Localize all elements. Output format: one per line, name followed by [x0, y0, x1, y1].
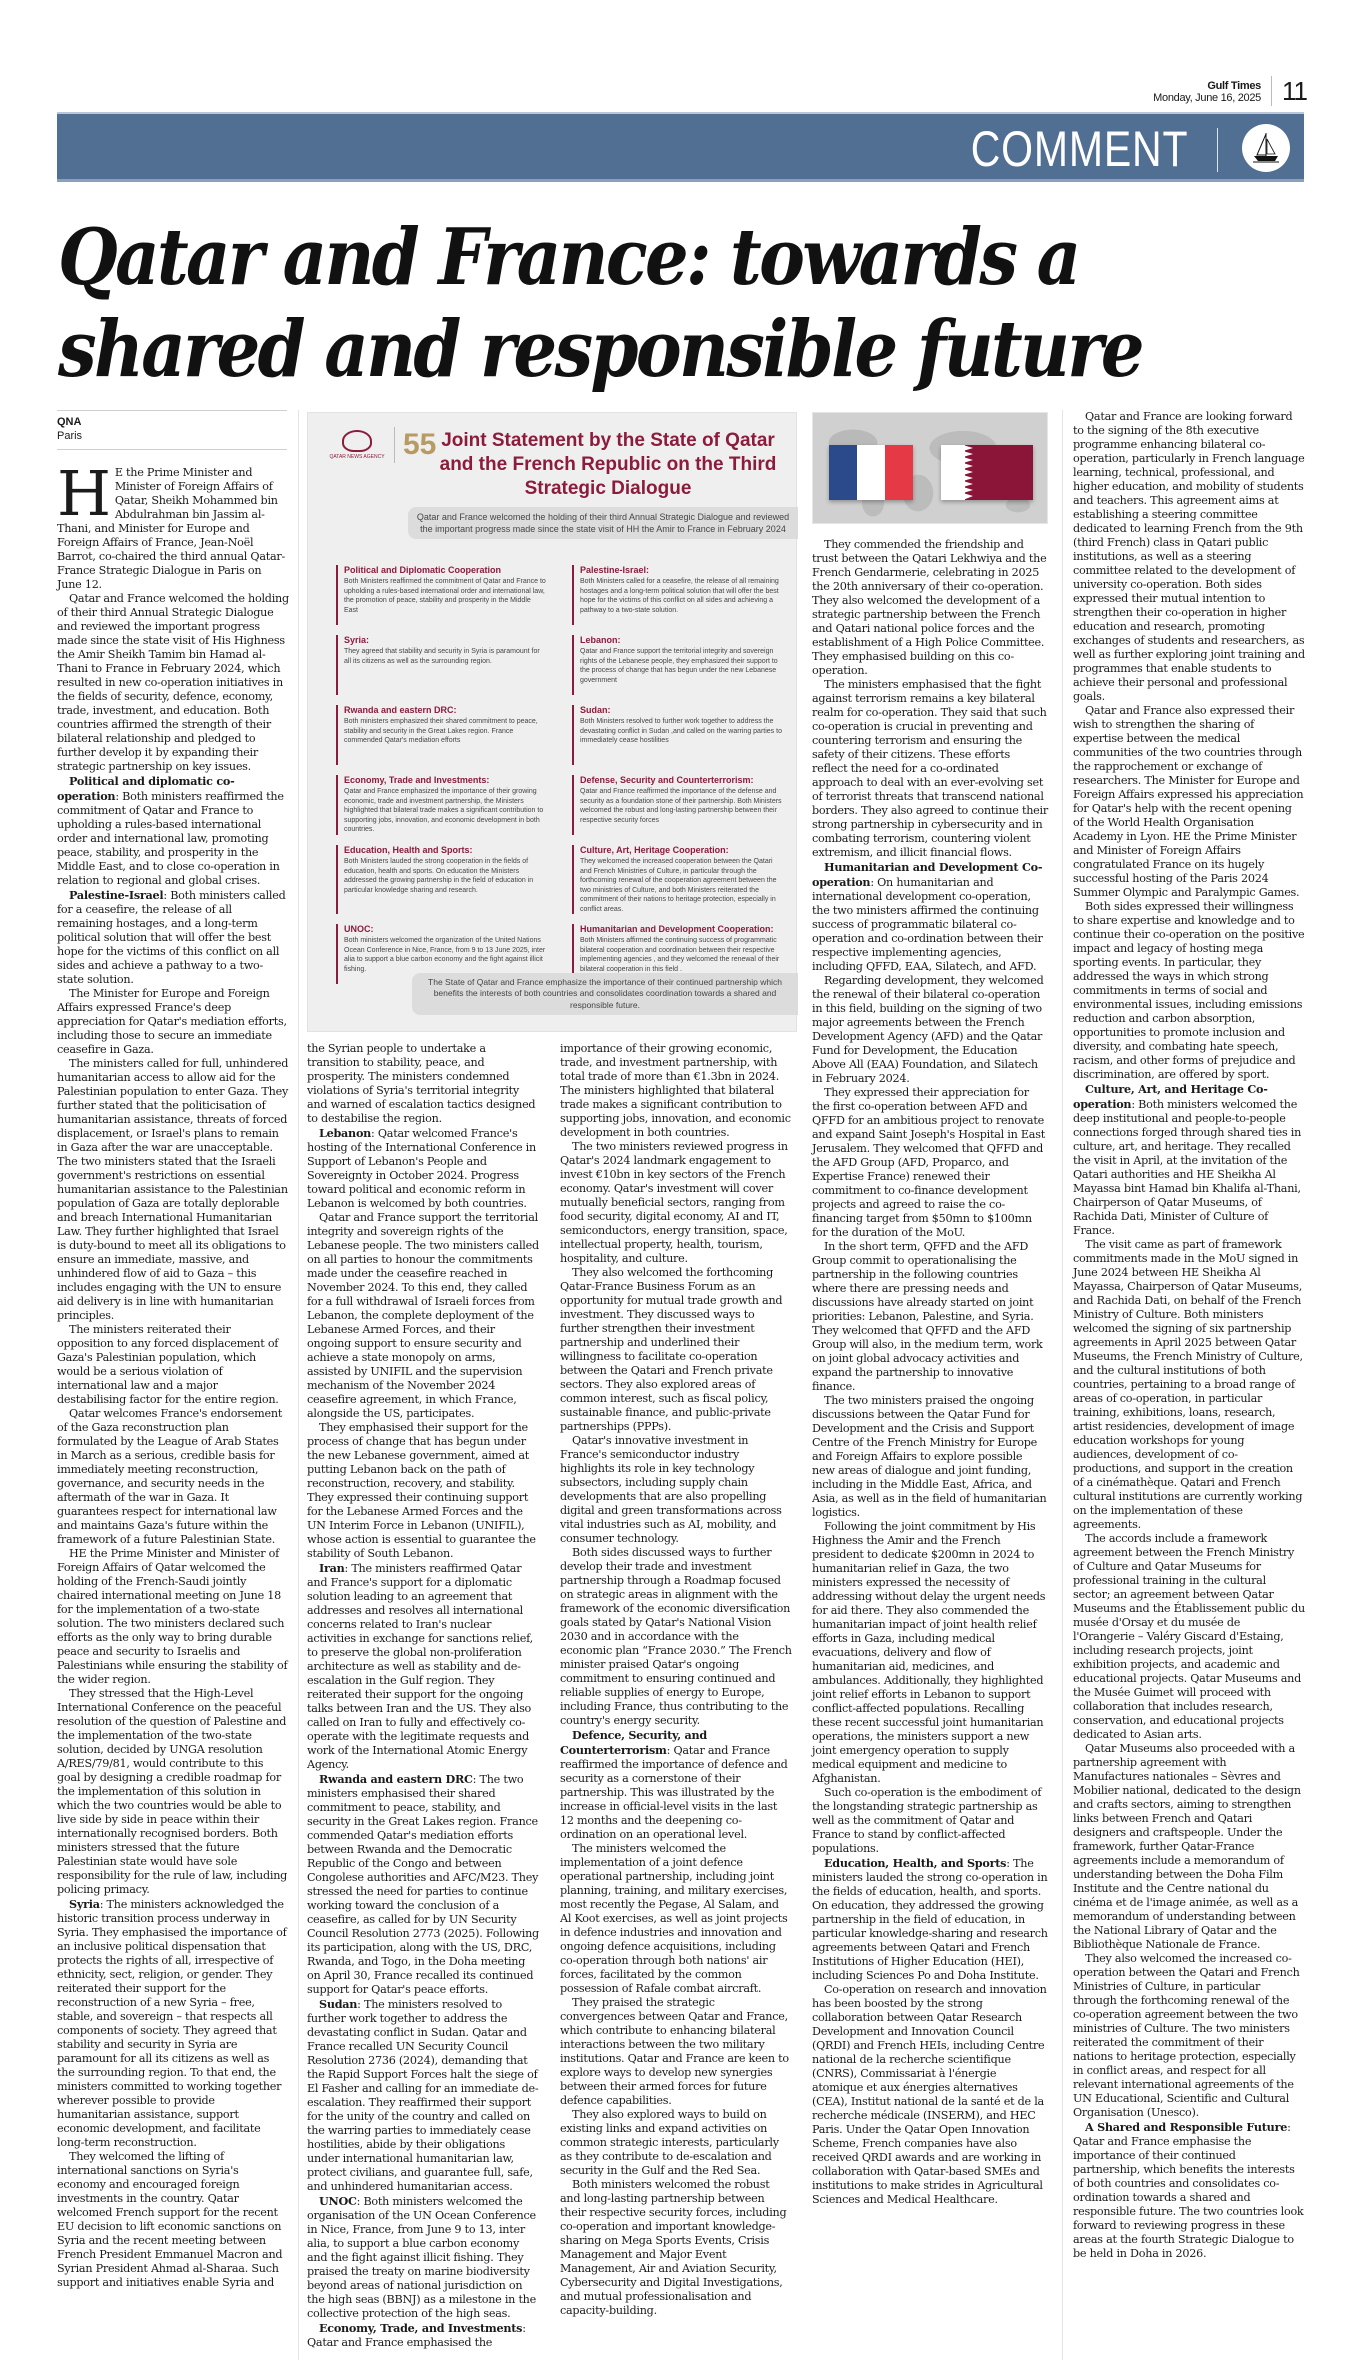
column-divider — [1062, 410, 1063, 2360]
paragraph: The ministers welcomed the implementatio… — [560, 1842, 792, 1996]
paragraph: Iran: The ministers reaffirmed Qatar and… — [307, 1561, 539, 1772]
byline: QNA Paris — [57, 410, 287, 450]
paragraph: Syria: The ministers acknowledged the hi… — [57, 1897, 289, 2150]
paragraph: Such co-operation is the embodiment of t… — [812, 1786, 1048, 1856]
paragraph: the Syrian people to undertake a transit… — [307, 1042, 539, 1126]
paragraph: The ministers called for full, unhindere… — [57, 1057, 289, 1323]
paragraph: Regarding development, they welcomed the… — [812, 974, 1048, 1086]
infographic-box: Economy, Trade and Investments:Qatar and… — [336, 775, 546, 835]
article-column-4: They commended the friendship and trust … — [812, 538, 1048, 2207]
paragraph: The two ministers reviewed progress in Q… — [560, 1140, 792, 1266]
publication-info: Gulf Times Monday, June 16, 2025 — [1153, 76, 1261, 104]
paragraph: Palestine-Israel: Both ministers called … — [57, 888, 289, 987]
lead-paragraph: HE the Prime Minister and Minister of Fo… — [57, 466, 289, 592]
subhead: A Shared and Responsible Future — [1085, 2120, 1287, 2134]
paragraph: Both sides expressed their willingness t… — [1073, 900, 1305, 1082]
infographic-logos: QATAR NEWS AGENCY 55 — [328, 425, 436, 465]
paragraph: Rwanda and eastern DRC: The two minister… — [307, 1772, 539, 1997]
paragraph: HE the Prime Minister and Minister of Fo… — [57, 1547, 289, 1687]
header-divider — [1271, 76, 1272, 106]
infographic-box: Syria:They agreed that stability and sec… — [336, 635, 546, 695]
infographic-title: Joint Statement by the State of Qatar an… — [428, 429, 788, 501]
paragraph: Lebanon: Qatar welcomed France's hosting… — [307, 1126, 539, 1211]
column-divider — [298, 410, 299, 2360]
paragraph: Qatar welcomes France's endorsement of t… — [57, 1407, 289, 1547]
infographic-box: Defense, Security and Counterterrorism:Q… — [572, 775, 782, 835]
subhead: Iran — [319, 1561, 345, 1575]
dhow-boat-icon — [1242, 124, 1290, 172]
paragraph: Humanitarian and Development Co-operatio… — [812, 860, 1048, 974]
paragraph: The ministers emphasised that the fight … — [812, 678, 1048, 860]
subhead: Syria — [69, 1897, 100, 1911]
subhead: Palestine-Israel — [69, 888, 163, 902]
page-number: 11 — [1282, 76, 1307, 106]
paragraph: Qatar and France welcomed the holding of… — [57, 592, 289, 774]
infographic-closing: The State of Qatar and France emphasize … — [412, 973, 798, 1016]
page-header: Gulf Times Monday, June 16, 2025 11 — [1153, 76, 1307, 106]
paragraph: Qatar and France support the territorial… — [307, 1211, 539, 1421]
paragraph: Sudan: The ministers resolved to further… — [307, 1997, 539, 2194]
paragraph: Both ministers welcomed the robust and l… — [560, 2178, 792, 2318]
drop-cap: H — [57, 468, 111, 520]
infographic-box: Palestine-Israel:Both Ministers called f… — [572, 565, 782, 625]
paragraph: Culture, Art, and Heritage Co-operation:… — [1073, 1082, 1305, 1238]
paragraph: In the short term, QFFD and the AFD Grou… — [812, 1240, 1048, 1394]
flags-photo — [812, 412, 1048, 524]
infographic-grid: Political and Diplomatic CooperationBoth… — [336, 565, 798, 984]
paragraph: Defence, Security, and Counterterrorism:… — [560, 1728, 792, 1842]
paragraph: The ministers reiterated their oppositio… — [57, 1323, 289, 1407]
subhead: Rwanda and eastern DRC — [319, 1772, 473, 1786]
subhead: Education, Health, and Sports — [824, 1856, 1006, 1870]
paragraph: Qatar and France are looking forward to … — [1073, 410, 1305, 704]
article-column-1: HE the Prime Minister and Minister of Fo… — [57, 466, 289, 2290]
paragraph: UNOC: Both ministers welcomed the organi… — [307, 2194, 539, 2321]
paragraph: Qatar's innovative investment in France'… — [560, 1434, 792, 1546]
paragraph: Economy, Trade, and Investments: Qatar a… — [307, 2321, 539, 2350]
publication-date: Monday, June 16, 2025 — [1153, 92, 1261, 104]
paragraph: Co-operation on research and innovation … — [812, 1983, 1048, 2207]
byline-agency: QNA — [57, 415, 287, 429]
paragraph: The Minister for Europe and Foreign Affa… — [57, 987, 289, 1057]
infographic-box: Culture, Art, Heritage Cooperation:They … — [572, 845, 782, 914]
subhead: UNOC — [319, 2194, 357, 2208]
paragraph: Following the joint commitment by His Hi… — [812, 1520, 1048, 1786]
infographic-box: Rwanda and eastern DRC:Both ministers em… — [336, 705, 546, 765]
paragraph: The two ministers praised the ongoing di… — [812, 1394, 1048, 1520]
subhead: Sudan — [319, 1997, 357, 2011]
paragraph: They welcomed the lifting of internation… — [57, 2150, 289, 2290]
paragraph: The visit came as part of framework comm… — [1073, 1238, 1305, 1532]
paragraph: Both sides discussed ways to further dev… — [560, 1546, 792, 1728]
france-flag-icon — [829, 445, 913, 500]
banner-divider — [1217, 128, 1218, 172]
infographic-box: Lebanon:Qatar and France support the ter… — [572, 635, 782, 695]
joint-statement-infographic: QATAR NEWS AGENCY 55 Joint Statement by … — [307, 412, 797, 1032]
paragraph: Political and diplomatic co-operation: B… — [57, 774, 289, 888]
paragraph: They expressed their appreciation for th… — [812, 1086, 1048, 1240]
article-column-5: Qatar and France are looking forward to … — [1073, 410, 1305, 2261]
subhead: Economy, Trade, and Investments — [319, 2321, 522, 2335]
infographic-box: Sudan:Both Ministers resolved to further… — [572, 705, 782, 765]
qatar-flag-icon — [941, 445, 1033, 500]
publication-name: Gulf Times — [1153, 80, 1261, 92]
infographic-box: Political and Diplomatic CooperationBoth… — [336, 565, 546, 625]
paragraph: Qatar and France also expressed their wi… — [1073, 704, 1305, 900]
paragraph: They also explored ways to build on exis… — [560, 2108, 792, 2178]
paragraph: A Shared and Responsible Future: Qatar a… — [1073, 2120, 1305, 2261]
infographic-box: Education, Health and Sports:Both Minist… — [336, 845, 546, 914]
paragraph: They commended the friendship and trust … — [812, 538, 1048, 678]
paragraph: importance of their growing economic, tr… — [560, 1042, 792, 1140]
article-column-3: importance of their growing economic, tr… — [560, 1042, 792, 2318]
paragraph: They praised the strategic convergences … — [560, 1996, 792, 2108]
subhead: Lebanon — [319, 1126, 371, 1140]
paragraph: They also welcomed the increased co-oper… — [1073, 1952, 1305, 2120]
paragraph: Qatar Museums also proceeded with a part… — [1073, 1742, 1305, 1952]
paragraph: Education, Health, and Sports: The minis… — [812, 1856, 1048, 1983]
section-banner: COMMENT — [57, 112, 1304, 182]
qna-logo-icon: QATAR NEWS AGENCY — [328, 425, 386, 465]
paragraph: They stressed that the High-Level Intern… — [57, 1687, 289, 1897]
infographic-intro: Qatar and France welcomed the holding of… — [408, 507, 798, 539]
headline: Qatar and France: towards a shared and r… — [58, 212, 1149, 396]
paragraph: The accords include a framework agreemen… — [1073, 1532, 1305, 1742]
paragraph: They also welcomed the forthcoming Qatar… — [560, 1266, 792, 1434]
article-column-2: the Syrian people to undertake a transit… — [307, 1042, 539, 2350]
section-title: COMMENT — [970, 120, 1188, 178]
paragraph: They emphasised their support for the pr… — [307, 1421, 539, 1561]
byline-location: Paris — [57, 429, 287, 443]
